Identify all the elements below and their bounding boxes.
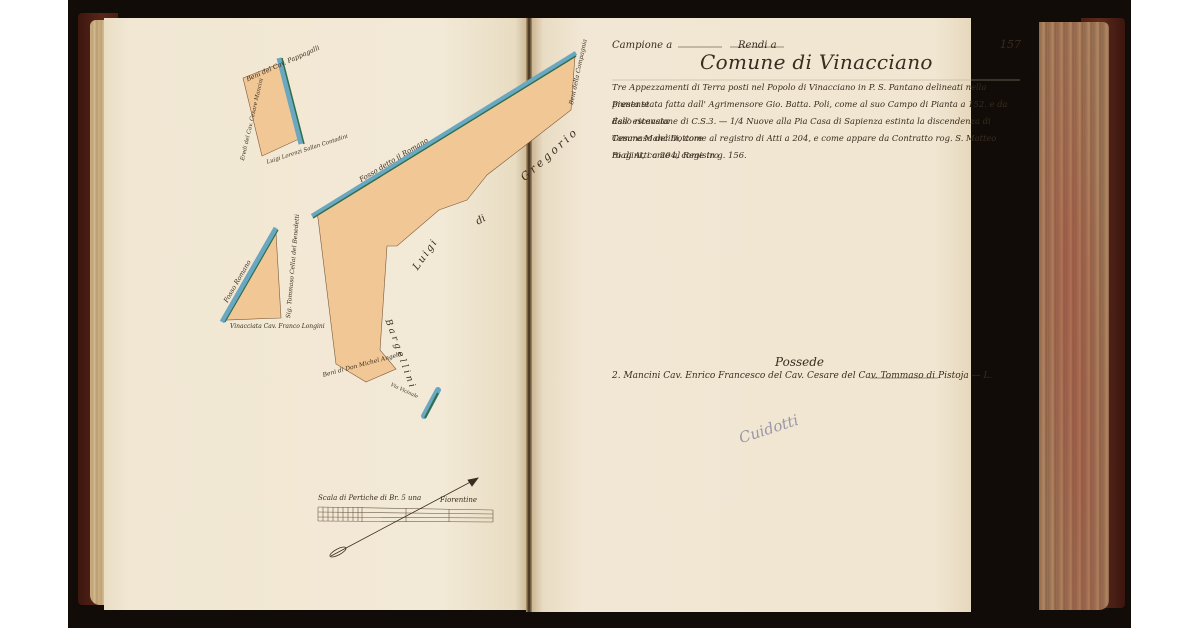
proprietor-line: 2. Mancini Cav. Enrico Francesco del Cav… [612,371,992,381]
body-line-5: ro di Atti a 204, come in g. 156. [612,147,1022,164]
map-label-triangle-bottom: Vinacciata Cav. Franco Longini [230,323,325,330]
page-title: Comune di Vinacciano [700,50,933,74]
scale-caption-2: Fiorentine [440,496,477,504]
scale-caption: Scala di Pertiche di Br. 5 una [318,494,421,502]
page-number: 157 [1000,38,1021,51]
river-small-blue [424,390,438,416]
scale-bar [318,507,493,522]
parcel-main [316,56,575,382]
north-arrow-icon [329,478,478,559]
proprietor-heading: Possede [775,355,824,369]
header-campione: Campione a [612,40,672,51]
